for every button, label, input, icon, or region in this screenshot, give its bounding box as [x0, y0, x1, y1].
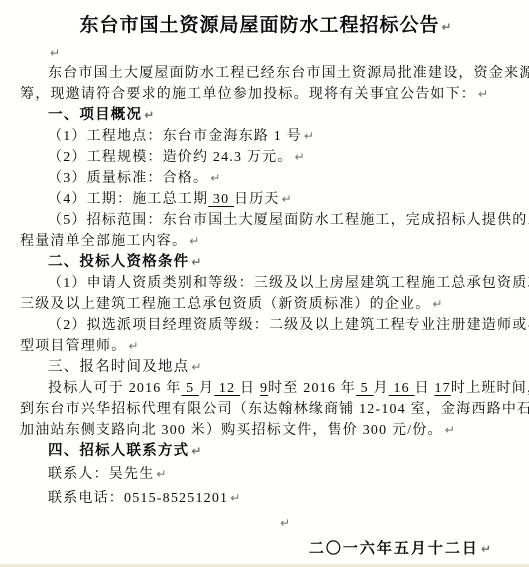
start-month: 5	[181, 381, 199, 396]
paragraph-mark: ↵	[304, 129, 314, 143]
paragraph-mark: ↵	[445, 423, 455, 437]
contact-phone: 联系电话：0515-85251201	[48, 491, 228, 506]
month-label: 月	[199, 381, 214, 396]
project-scale: （2）工程规模：造价约 24.3 万元。	[48, 150, 293, 165]
agency-address: 到东台市兴华招标代理有限公司（东达翰林缘商铺 12-104 室，金海西路中石化	[20, 402, 529, 417]
section3-heading: 三、报名时间及地点↵	[20, 357, 511, 378]
paragraph-mark: ↵	[478, 87, 488, 101]
section2-heading-text: 二、投标人资格条件	[48, 254, 189, 270]
section3-line-1: 投标人可于 2016 年 5 月 12 日 9时至 2016 年 5 月 16 …	[20, 378, 511, 399]
paragraph-mark: ↵	[128, 339, 138, 353]
section1-item-1: （1）工程地点：东台市金海东路 1 号↵	[20, 126, 511, 147]
day-label-2: 日	[415, 381, 435, 396]
paragraph-mark: ↵	[295, 150, 305, 164]
paragraph-mark: ↵	[481, 542, 491, 556]
registration-time-text: 投标人可于 2016 年	[48, 381, 181, 396]
paragraph-mark: ↵	[156, 467, 166, 481]
section2-item-2-line-1: （2）拟选派项目经理资质等级：二级及以上建筑工程专业注册建造师或小	[20, 315, 511, 336]
duration-prefix: （4）工期：施工总工期	[48, 192, 208, 207]
document-title-line: 东台市国土资源局屋面防水工程招标公告↵	[20, 12, 511, 42]
worktime-text: 时上班时间，	[451, 381, 529, 396]
intro-line-2: 筹，现邀请符合要求的施工单位参加投标。现将有关事宜公告如下：↵	[20, 84, 511, 105]
start-day: 12	[214, 381, 240, 396]
intro-text-2: 筹，现邀请符合要求的施工单位参加投标。现将有关事宜公告如下：	[20, 87, 476, 102]
section1-item-5-line-2: 程量清单全部施工内容。↵	[20, 231, 511, 252]
duration-suffix: 日历天	[234, 192, 280, 207]
section2-item-1-line-2: 三级及以上建筑工程施工总承包资质（新资质标准）的企业。↵	[20, 294, 511, 315]
end-hour: 17	[434, 381, 450, 396]
section1-item-3: （3）质量标准：合格。↵	[20, 168, 511, 189]
duration-value: 30	[208, 192, 234, 207]
paragraph-mark: ↵	[230, 491, 240, 505]
paragraph-mark: ↵	[50, 46, 60, 60]
section1-item-5-line-1: （5）招标范围：东台市国土大厦屋面防水工程施工，完成招标人提供的工	[20, 210, 511, 231]
section2-item-1-line-1: （1）申请人资质类别和等级：三级及以上房屋建筑工程施工总承包资质或	[20, 273, 511, 294]
paragraph-mark: ↵	[144, 108, 154, 122]
end-month: 5	[356, 381, 374, 396]
day-label: 日	[240, 381, 260, 396]
section3-line-2: 到东台市兴华招标代理有限公司（东达翰林缘商铺 12-104 室，金海西路中石化	[20, 399, 511, 420]
section3-heading-text: 三、报名时间及地点	[48, 359, 189, 375]
tender-scope-1: （5）招标范围：东台市国土大厦屋面防水工程施工，完成招标人提供的工	[48, 213, 529, 228]
tender-announcement-document: 东台市国土资源局屋面防水工程招标公告↵ ↵ 东台市国土大厦屋面防水工程已经东台市…	[0, 0, 529, 567]
paragraph-mark: ↵	[191, 255, 201, 269]
tender-scope-2: 程量清单全部施工内容。	[20, 234, 187, 249]
end-day: 16	[389, 381, 415, 396]
signature-date-line: 二〇一六年五月十二日↵	[20, 536, 511, 562]
quality-standard: （3）质量标准：合格。	[48, 171, 208, 186]
intro-line-1: 东台市国土大厦屋面防水工程已经东台市国土资源局批准建设，资金来源自	[20, 63, 511, 84]
qualification-1a: （1）申请人资质类别和等级：三级及以上房屋建筑工程施工总承包资质或	[48, 276, 529, 291]
qualification-1b: 三级及以上建筑工程施工总承包资质（新资质标准）的企业。	[20, 297, 430, 312]
section2-item-2-line-2: 型项目管理师。↵	[20, 336, 511, 357]
section4-heading: 四、招标人联系方式↵	[20, 441, 511, 462]
until-text: 时至 2016 年	[268, 381, 356, 396]
document-price: 加油站东侧支路向北 300 米）购买招标文件，售价 300 元/份。	[20, 423, 443, 438]
section1-item-2: （2）工程规模：造价约 24.3 万元。↵	[20, 147, 511, 168]
section1-item-4: （4）工期：施工总工期 30 日历天↵	[20, 189, 511, 210]
signature-date: 二〇一六年五月十二日	[309, 541, 479, 557]
qualification-2b: 型项目管理师。	[20, 339, 126, 354]
paragraph-mark: ↵	[210, 171, 220, 185]
contact-phone-line: 联系电话：0515-85251201↵	[20, 486, 511, 510]
paragraph-mark: ↵	[191, 444, 201, 458]
qualification-2a: （2）拟选派项目经理资质等级：二级及以上建筑工程专业注册建造师或小	[48, 318, 529, 333]
project-location: （1）工程地点：东台市金海东路 1 号	[48, 129, 302, 144]
section1-heading: 一、项目概况↵	[20, 105, 511, 126]
paragraph-mark: ↵	[432, 297, 442, 311]
paragraph-mark: ↵	[441, 20, 451, 34]
paragraph-mark: ↵	[280, 516, 290, 530]
paragraph-mark: ↵	[282, 192, 292, 206]
month-label-2: 月	[374, 381, 389, 396]
section1-heading-text: 一、项目概况	[48, 107, 142, 123]
start-hour: 9	[260, 381, 268, 396]
intro-text-1: 东台市国土大厦屋面防水工程已经东台市国土资源局批准建设，资金来源自	[48, 66, 529, 81]
paragraph-mark: ↵	[191, 360, 201, 374]
paragraph-mark: ↵	[189, 234, 199, 248]
page-title: 东台市国土资源局屋面防水工程招标公告	[79, 15, 439, 36]
section3-line-3: 加油站东侧支路向北 300 米）购买招标文件，售价 300 元/份。↵	[20, 420, 511, 441]
empty-paragraph: ↵	[20, 42, 511, 63]
section4-heading-text: 四、招标人联系方式	[48, 443, 189, 459]
section2-heading: 二、投标人资格条件↵	[20, 252, 511, 273]
contact-person-line: 联系人：吴先生↵	[20, 462, 511, 486]
empty-paragraph: ↵	[20, 510, 511, 536]
contact-person: 联系人：吴先生	[48, 467, 154, 482]
